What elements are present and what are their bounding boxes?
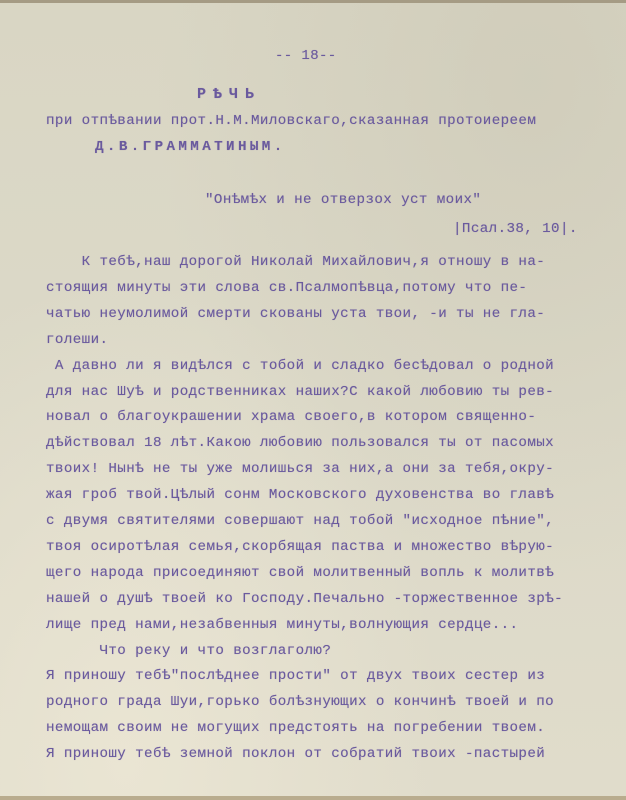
body-line: голеши. [46, 332, 108, 348]
document-title: РѢЧЬ [197, 86, 261, 103]
body-line: твоя осиротѣлая семья,скорбящая паства и… [46, 539, 554, 555]
body-line: для нас Шуѣ и родственниках наших?С како… [46, 384, 554, 400]
body-line: А давно ли я видѣлся с тобой и сладко бе… [46, 358, 554, 374]
body-line: щего народа присоединяют свой молитвенны… [46, 565, 554, 581]
body-line: новал о благоукрашении храма своего,в ко… [46, 409, 536, 425]
epigraph-reference: |Псал.38, 10|. [453, 221, 578, 237]
body-line: стоящия минуты эти слова св.Псалмопѣвца,… [46, 280, 527, 296]
body-line: нашей о душѣ твоей ко Господу.Печально -… [46, 591, 563, 607]
body-line: лище пред нами,незабвенныя минуты,волную… [46, 617, 518, 633]
author-name: Д.В.ГРАММАТИНЫМ. [95, 139, 286, 155]
body-line: Что реку и что возглаголю? [46, 643, 331, 659]
page-number: -- 18-- [275, 48, 337, 64]
body-line: немощам своим не могущих предстоять на п… [46, 720, 545, 736]
typewritten-page: -- 18-- РѢЧЬ при отпѣвании прот.Н.М.Мило… [0, 0, 626, 800]
body-line: К тебѣ,наш дорогой Николай Михайлович,я … [46, 254, 545, 270]
body-line: дѣйствовал 18 лѣт.Какою любовию пользова… [46, 435, 554, 451]
body-line: Я приношу тебѣ земной поклон от собратий… [46, 746, 545, 762]
document-subtitle: при отпѣвании прот.Н.М.Миловскаго,сказан… [46, 113, 536, 129]
epigraph: "Онѣмѣх и не отверзох уст моих" [205, 192, 481, 208]
body-line: родного града Шуи,горько болѣзнующих о к… [46, 694, 554, 710]
paper-bottom-edge [0, 796, 626, 800]
body-line: Я приношу тебѣ"послѣднее прости" от двух… [46, 668, 545, 684]
body-line: твоих! Нынѣ не ты уже молишься за них,а … [46, 461, 554, 477]
body-line: жая гроб твой.Цѣлый сонм Московского дух… [46, 487, 554, 503]
body-line: чатью неумолимой смерти скованы уста тво… [46, 306, 545, 322]
body-line: с двумя святителями совершают над тобой … [46, 513, 554, 529]
paper-top-edge [0, 0, 626, 3]
